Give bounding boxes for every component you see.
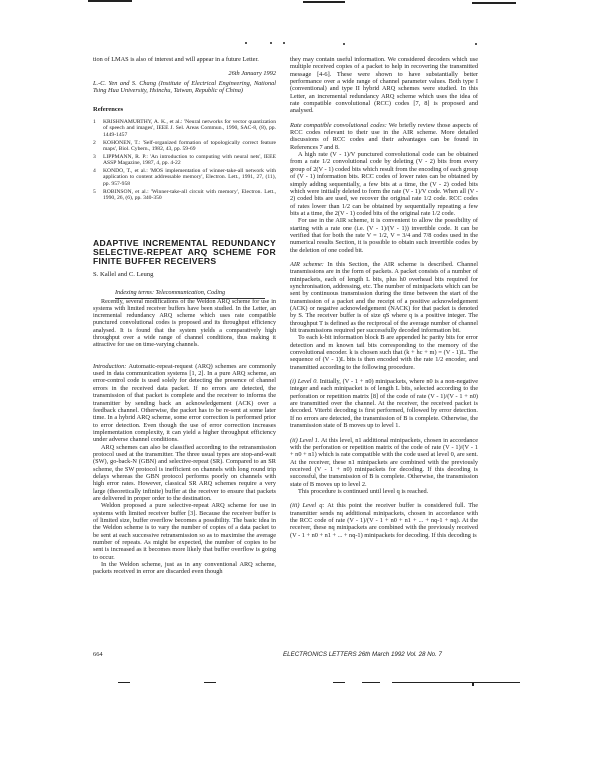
scan-artifact-dot [245, 42, 247, 44]
reference-item: 2KOHONEN, T.: 'Self-organized formation … [93, 140, 276, 153]
scan-artifact-dot [343, 43, 345, 45]
article-title: ADAPTIVE INCREMENTAL REDUNDANCY SELECTIV… [93, 239, 276, 267]
references-list: 1KRISHNAMURTHY, A. K., et al.: 'Neural n… [93, 119, 276, 202]
references-heading: References [93, 106, 276, 113]
reference-item: 5ROBINSON, et al.: 'Winner-take-all circ… [93, 189, 276, 202]
reference-text: KRISHNAMURTHY, A. K., et al.: 'Neural ne… [103, 119, 276, 139]
author-affiliation: L.-C. Yen and S. Chang (Institute of Ele… [93, 80, 276, 95]
paragraph-text: Automatic-repeat-request (ARQ) schemes a… [93, 363, 276, 443]
page-number: 664 [93, 651, 103, 658]
article-authors: S. Kallel and C. Leung [93, 271, 276, 278]
paragraph: For use in the AIR scheme, it is conveni… [290, 217, 478, 254]
reference-number: 3 [93, 154, 103, 167]
reference-item: 4KONDO, T., et al.: 'MOS implementation … [93, 168, 276, 188]
scan-artifact-bar [204, 682, 216, 683]
scan-artifact-bar [472, 682, 474, 686]
reference-number: 4 [93, 168, 103, 188]
abstract: Recently, several modifications of the W… [93, 299, 276, 349]
scan-artifact-bar [303, 1, 345, 3]
paragraph-introduction: Introduction: Automatic-repeat-request (… [93, 363, 276, 444]
paragraph: This procedure is continued until level … [290, 488, 478, 495]
continued-text: tion of LMAS is also of interest and wil… [93, 56, 276, 63]
scan-artifact-dot [283, 42, 285, 44]
indexing-terms: Indexing terms: Telecommunication, Codin… [115, 289, 265, 299]
reference-number: 5 [93, 189, 103, 202]
scan-artifact-bar [118, 682, 130, 683]
section-lead: (i) Level 0. [290, 378, 318, 385]
left-column: tion of LMAS is also of interest and wil… [93, 56, 276, 576]
reference-text: LIPPMANN, R. P.: 'An introduction to com… [103, 154, 276, 167]
reference-item: 3LIPPMANN, R. P.: 'An introduction to co… [93, 154, 276, 167]
paragraph: ARQ schemes can also be classified accor… [93, 444, 276, 503]
paragraph-text: At this level, n1 additional minipackets… [290, 437, 478, 488]
received-date: 26th January 1992 [93, 70, 276, 77]
section-lead: Introduction: [93, 363, 126, 370]
paragraph-text: In this Section, the AIR scheme is descr… [290, 261, 478, 334]
paragraph-air-scheme: AIR scheme: In this Section, the AIR sch… [290, 261, 478, 334]
paragraph: they may contain useful information. We … [290, 56, 478, 115]
paragraph-level-0: (i) Level 0. Initially, (V - 1 + n0) min… [290, 378, 478, 429]
paragraph: A high rate (V - 1)/V punctured convolut… [290, 151, 478, 217]
reference-number: 2 [93, 140, 103, 153]
reference-item: 1KRISHNAMURTHY, A. K., et al.: 'Neural n… [93, 119, 276, 139]
paragraph-level-q: (iii) Level q: At this point the receive… [290, 502, 478, 539]
scan-artifact-bar [333, 682, 345, 683]
reference-number: 1 [93, 119, 103, 139]
paragraph-level-1: (ii) Level 1. At this level, n1 addition… [290, 437, 478, 488]
reference-text: ROBINSON, et al.: 'Winner-take-all circu… [103, 189, 276, 202]
section-lead: (iii) Level q: [290, 502, 325, 509]
paragraph-rcc-codes: Rate compatible convolutional codes: We … [290, 122, 478, 151]
scan-artifact-bar [88, 0, 132, 2]
reference-text: KOHONEN, T.: 'Self-organized formation o… [103, 140, 276, 153]
section-lead: (ii) Level 1. [290, 437, 320, 444]
scan-artifact-bar [392, 682, 520, 683]
paragraph: To each k-bit information block B are ap… [290, 334, 478, 371]
paragraph: In the Weldon scheme, just as in any con… [93, 561, 276, 576]
reference-text: KONDO, T., et al.: 'MOS implementation o… [103, 168, 276, 188]
paragraph-text: Initially, (V - 1 + n0) minipackets, whe… [290, 378, 478, 429]
scan-artifact-dot [270, 42, 272, 44]
paragraph: Weldon proposed a pure selective-repeat … [93, 502, 276, 561]
section-lead: Rate compatible convolutional codes: [290, 122, 387, 129]
right-column: they may contain useful information. We … [290, 56, 478, 539]
scan-artifact-bar [362, 682, 380, 683]
journal-footer: ELECTRONICS LETTERS 26th March 1992 Vol.… [283, 651, 442, 658]
scan-artifact-dot [475, 43, 477, 45]
section-lead: AIR scheme: [290, 261, 324, 268]
scan-artifact-bar [472, 2, 516, 4]
